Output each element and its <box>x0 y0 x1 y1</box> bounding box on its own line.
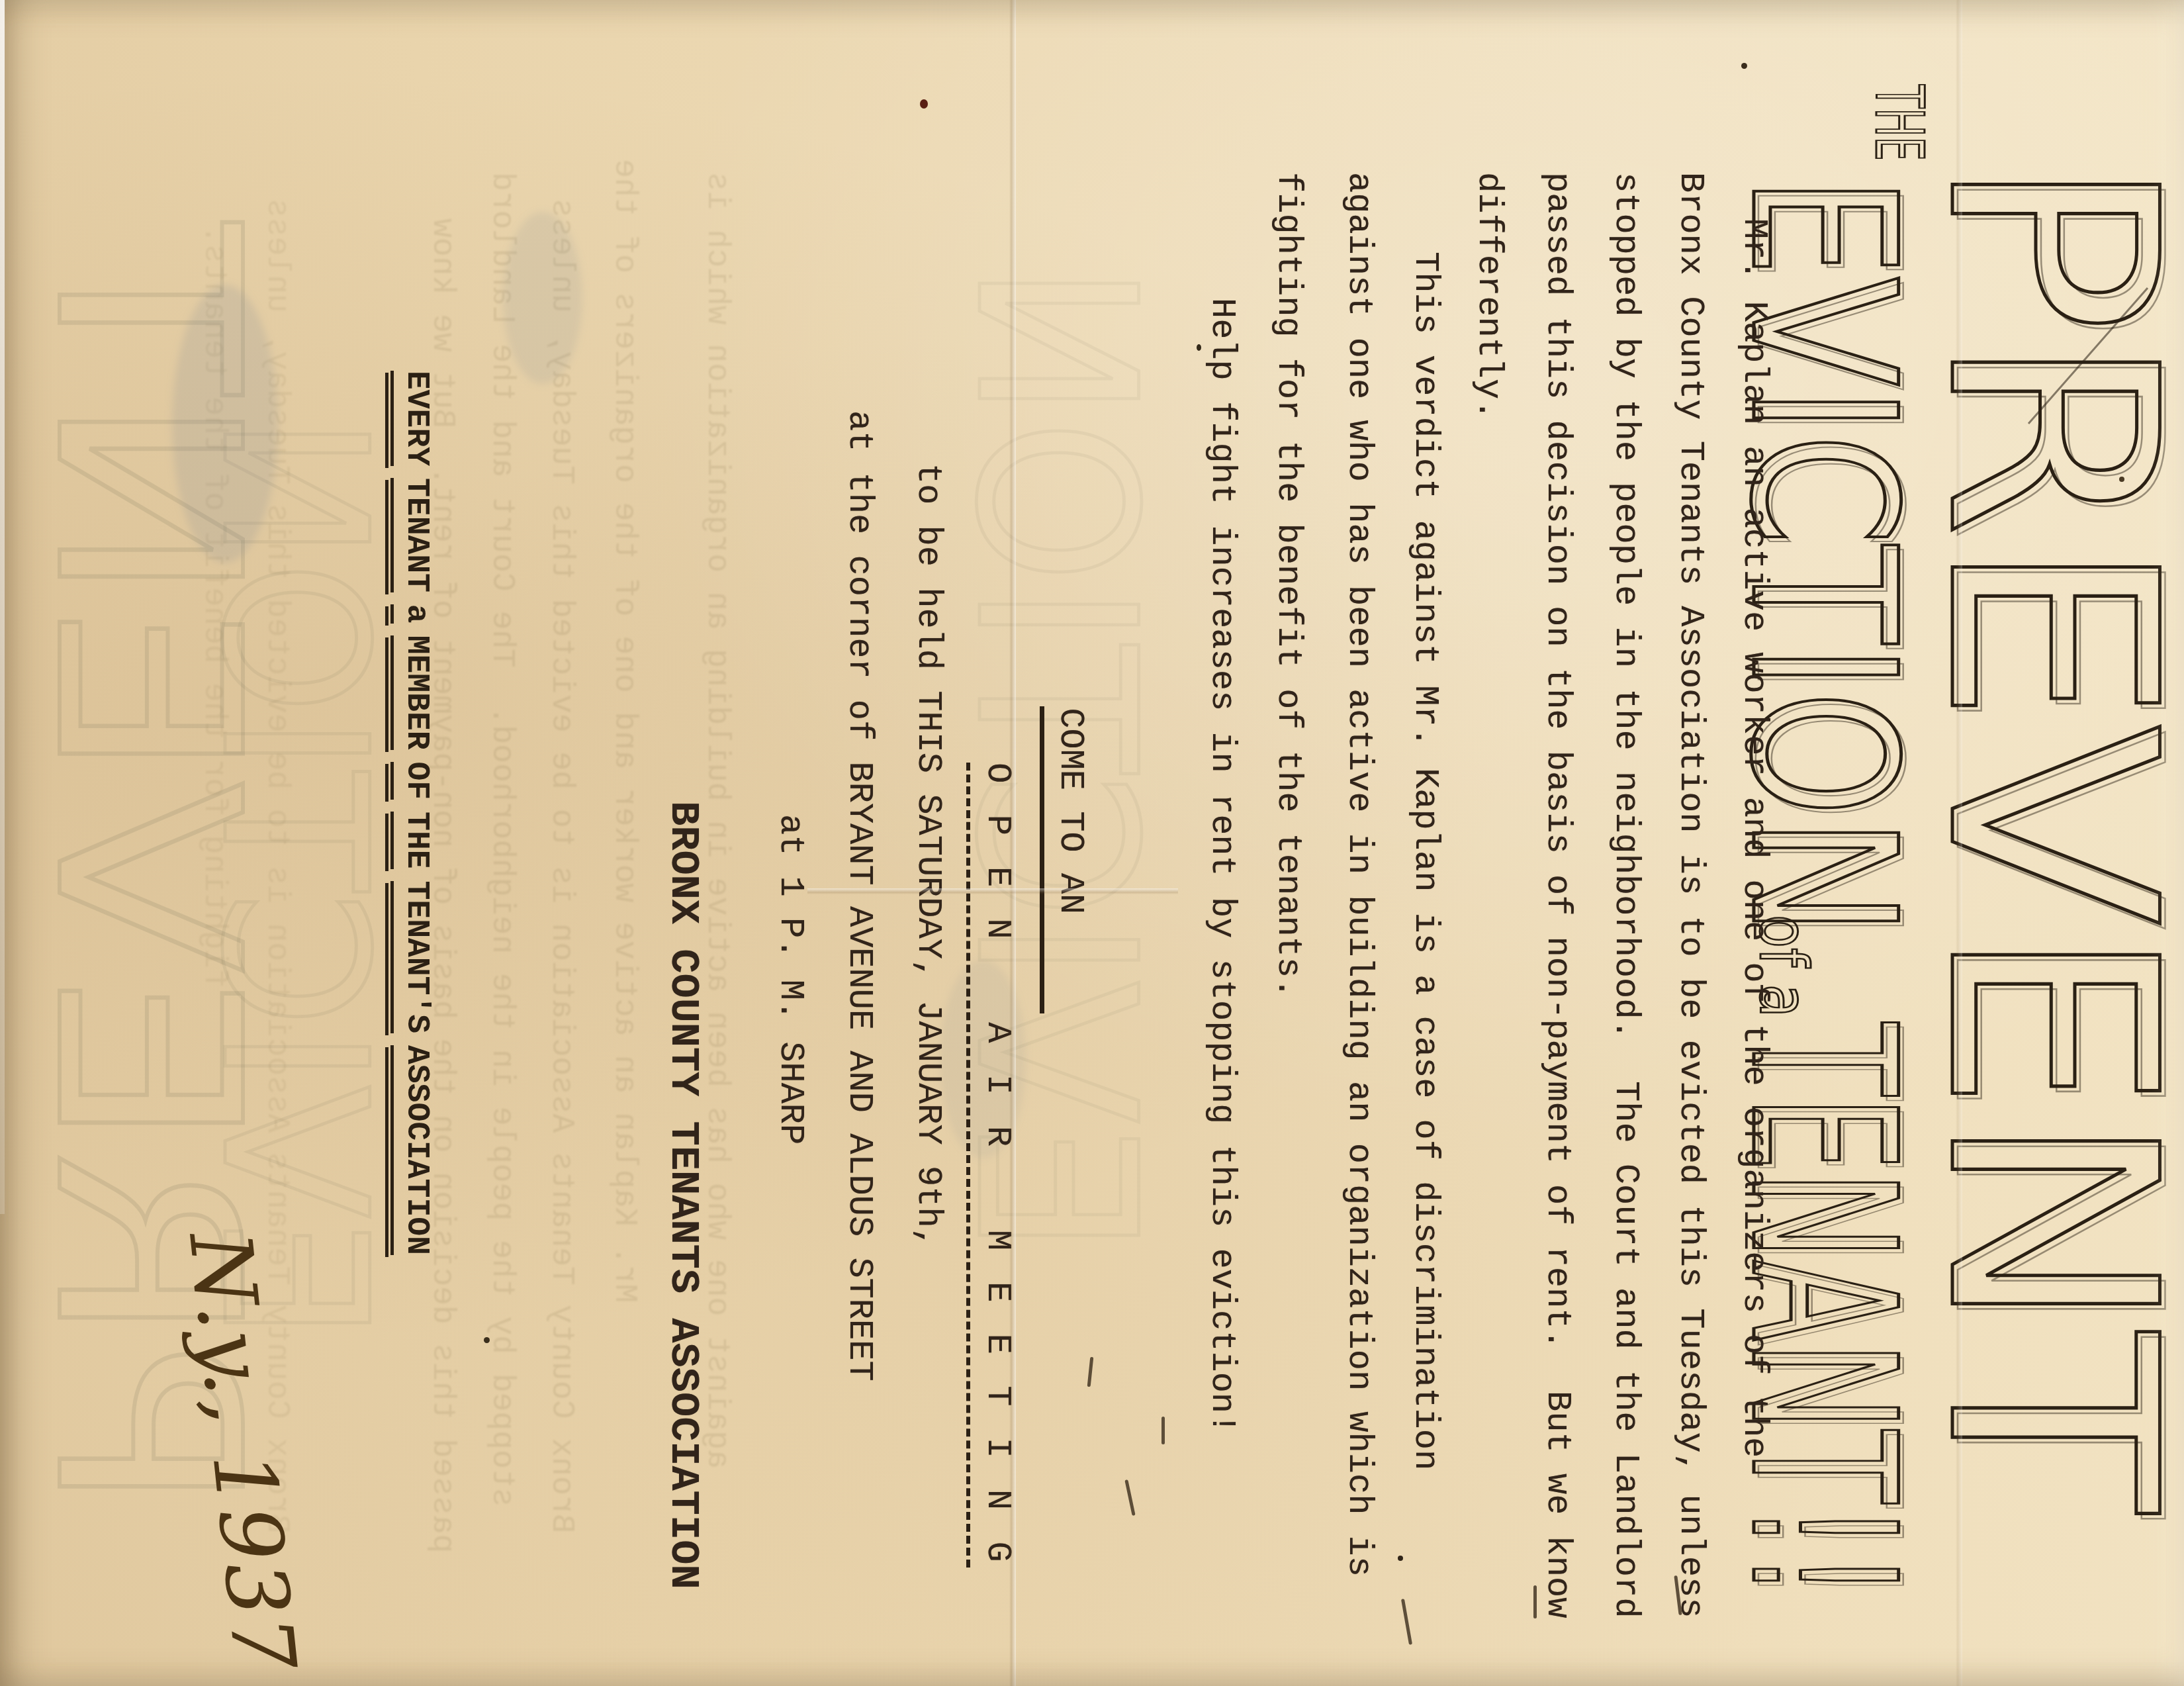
ghost-text-line: Bronx County Tenants Association is to b… <box>543 199 579 1533</box>
fold-crease <box>1009 0 1016 1686</box>
meeting-heading: O P E N A I R M E E T I N G <box>939 639 1056 1568</box>
ink-speck <box>484 1337 490 1343</box>
slogan-word: a <box>390 604 434 624</box>
ink-speck <box>2119 477 2124 482</box>
pen-dash <box>1533 1585 1537 1618</box>
pen-dash <box>1161 1417 1165 1444</box>
ghost-text-line: Mr. Kaplan an active worker and one of t… <box>606 159 642 1303</box>
ink-speck <box>1197 344 1201 351</box>
title-the: THE <box>1860 84 1938 161</box>
ghost-text-line: stopped by the people in the neighborhoo… <box>484 172 520 1507</box>
fold-crease <box>807 888 1178 894</box>
fold-crease <box>1956 0 1962 1686</box>
meeting-time-line: at 1 P. M. SHARP <box>771 814 810 1145</box>
body-line: This verdict against Mr. Kaplan is a cas… <box>1406 252 1445 1470</box>
slogan-word: EVERY <box>390 371 434 466</box>
slogan-word: TENANT <box>390 478 434 592</box>
slogan-word: THE <box>390 812 434 868</box>
body-line: differently. <box>1469 172 1508 420</box>
paper-smudge <box>503 212 582 384</box>
body-line: Bronx County Tenants Association is to b… <box>1671 172 1710 1618</box>
body-line: stopped by the people in the neighborhoo… <box>1606 172 1645 1618</box>
pen-dash <box>1401 1599 1412 1645</box>
meeting-place-line: at the corner of BRYANT AVENUE AND ALDUS… <box>840 410 879 1382</box>
membership-slogan: EVERY TENANT a MEMBER OF THE TENANT'S AS… <box>390 371 434 1255</box>
body-line: passed this decision on the basis of non… <box>1538 172 1577 1618</box>
flyer-scan: EVICTION EVICTION PREVENT against one wh… <box>0 0 2184 1686</box>
ink-speck <box>920 99 928 109</box>
body-line: Mr. Kaplan an active worker and one of t… <box>1735 218 1774 1458</box>
call-to-action-line: Help fight increases in rent by stopping… <box>1203 298 1242 1434</box>
body-line: against one who has been active in build… <box>1340 172 1379 1577</box>
slogan-word: ASSOCIATION <box>390 1045 434 1255</box>
flyer-paper: EVICTION EVICTION PREVENT against one wh… <box>0 0 2184 1686</box>
slogan-word: OF <box>390 762 434 800</box>
body-line: fighting for the benefit of the tenants. <box>1269 172 1308 998</box>
organization-name: BRONX COUNTY TENANTS ASSOCIATION <box>660 801 707 1589</box>
paper-smudge <box>172 285 278 563</box>
meeting-date-line: to be held THIS SATURDAY, JANUARY 9th, <box>909 463 948 1248</box>
slogan-word: TENANT'S <box>390 881 434 1033</box>
slogan-word: MEMBER <box>390 635 434 750</box>
headline-artwork: PREVENT PREVENT THE EVICTION EVICTION of… <box>1641 0 2184 1686</box>
ink-speck <box>1398 1556 1403 1561</box>
ink-speck <box>1741 63 1747 69</box>
